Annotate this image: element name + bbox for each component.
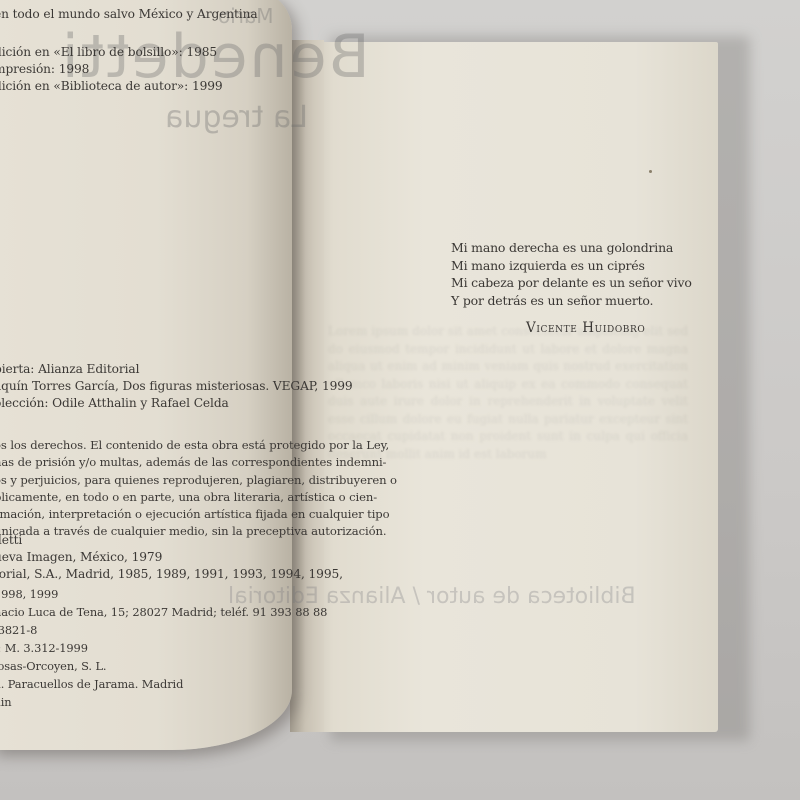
- colophon-line: losas-Orcoyen, S. L.: [0, 657, 327, 675]
- colophon-line: os y perjuicios, para quienes reprodujer…: [0, 472, 397, 489]
- edition-history: dición en «El libro de bolsillo»: 1985 m…: [0, 44, 223, 95]
- colophon-line: dición en «Biblioteca de autor»: 1999: [0, 78, 223, 95]
- epigraph-line: Mi mano izquierda es un ciprés: [451, 257, 692, 275]
- colophon-line: dición en «El libro de bolsillo»: 1985: [0, 44, 223, 61]
- colophon-line: olección: Odile Atthalin y Rafael Celda: [0, 395, 353, 412]
- rights-notice: os los derechos. El contenido de esta ob…: [0, 437, 397, 541]
- epigraph-attribution: Vicente Huidobro: [526, 320, 645, 336]
- colophon-line: nacio Luca de Tena, 15; 28027 Madrid; te…: [0, 603, 327, 621]
- colophon-line: -3821-8: [0, 621, 327, 639]
- epigraph-line: Mi mano derecha es una golondrina: [451, 239, 692, 257]
- epigraph-line: Y por detrás es un señor muerto.: [451, 292, 692, 310]
- show-through-book-title: La tregua: [165, 100, 308, 135]
- colophon-line: detti: [0, 532, 343, 549]
- colophon-line: mpresión: 1998: [0, 61, 223, 78]
- colophon-line: ain: [0, 693, 327, 711]
- colophon-line: bierta: Alianza Editorial: [0, 361, 353, 378]
- colophon-line: nas de prisión y/o multas, además de las…: [0, 454, 397, 471]
- colophon-line: 1998, 1999: [0, 585, 327, 603]
- colophon-line: rmación, interpretación o ejecución artí…: [0, 506, 397, 523]
- rights-territory: en todo el mundo salvo México y Argentin…: [0, 6, 258, 23]
- copyright-block: detti ueva Imagen, México, 1979 torial, …: [0, 532, 343, 583]
- colophon-line: ueva Imagen, México, 1979: [0, 549, 343, 566]
- publisher-info: 1998, 1999 nacio Luca de Tena, 15; 28027…: [0, 585, 327, 711]
- colophon-line: en todo el mundo salvo México y Argentin…: [0, 6, 258, 23]
- colophon-line: torial, S.A., Madrid, 1985, 1989, 1991, …: [0, 566, 343, 583]
- colophon-line: aquín Torres García, Dos figuras misteri…: [0, 378, 353, 395]
- paper-speck: [649, 170, 652, 173]
- colophon-line: l: M. 3.312-1999: [0, 639, 327, 657]
- colophon-line: os los derechos. El contenido de esta ob…: [0, 437, 397, 454]
- colophon-line: blicamente, en todo o en parte, una obra…: [0, 489, 397, 506]
- epigraph: Mi mano derecha es una golondrina Mi man…: [451, 239, 692, 309]
- cover-credits: bierta: Alianza Editorial aquín Torres G…: [0, 361, 353, 412]
- attribution-text: Vicente Huidobro: [526, 320, 645, 336]
- colophon-line: a. Paracuellos de Jarama. Madrid: [0, 675, 327, 693]
- epigraph-line: Mi cabeza por delante es un señor vivo: [451, 274, 692, 292]
